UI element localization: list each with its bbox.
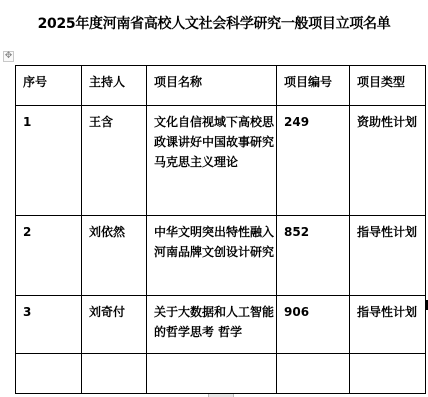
header-project-number: 项目编号	[277, 66, 350, 106]
table-row-empty	[16, 354, 426, 394]
row-project-number: 249	[277, 106, 350, 216]
table-row: 1 王含 文化自信视域下高校思政课讲好中国故事研究 马克思主义理论 249 资助…	[16, 106, 426, 216]
row-index: 3	[16, 296, 82, 354]
row-project-name: 关于大数据和人工智能的哲学思考 哲学	[147, 296, 277, 354]
row-host: 王含	[82, 106, 147, 216]
row-host: 刘奇付	[82, 296, 147, 354]
row-index[interactable]	[16, 354, 82, 394]
row-project-type: 指导性计划	[350, 296, 426, 354]
row-project-name: 中华文明突出特性融入河南品牌文创设计研究	[147, 216, 277, 296]
move-icon: ✥	[5, 51, 13, 61]
row-project-number[interactable]	[277, 354, 350, 394]
row-project-name: 文化自信视域下高校思政课讲好中国故事研究 马克思主义理论	[147, 106, 277, 216]
row-index: 2	[16, 216, 82, 296]
project-table: 序号 主持人 项目名称 项目编号 项目类型 1 王含 文化自信视域下高校思政课讲…	[15, 65, 426, 394]
row-project-type: 指导性计划	[350, 216, 426, 296]
header-index: 序号	[16, 66, 82, 106]
row-project-type: 资助性计划	[350, 106, 426, 216]
table-header-row: 序号 主持人 项目名称 项目编号 项目类型	[16, 66, 426, 106]
row-host[interactable]	[82, 354, 147, 394]
row-host: 刘依然	[82, 216, 147, 296]
table-row: 3 刘奇付 关于大数据和人工智能的哲学思考 哲学 906 指导性计划	[16, 296, 426, 354]
document-title: 2025年度河南省高校人文社会科学研究一般项目立项名单	[0, 13, 428, 33]
row-project-number: 852	[277, 216, 350, 296]
header-host: 主持人	[82, 66, 147, 106]
table-row: 2 刘依然 中华文明突出特性融入河南品牌文创设计研究 852 指导性计划	[16, 216, 426, 296]
row-project-number: 906	[277, 296, 350, 354]
row-project-type[interactable]	[350, 354, 426, 394]
table-move-handle[interactable]: ✥	[3, 51, 14, 62]
header-project-name: 项目名称	[147, 66, 277, 106]
row-project-name[interactable]	[147, 354, 277, 394]
header-project-type: 项目类型	[350, 66, 426, 106]
row-index: 1	[16, 106, 82, 216]
